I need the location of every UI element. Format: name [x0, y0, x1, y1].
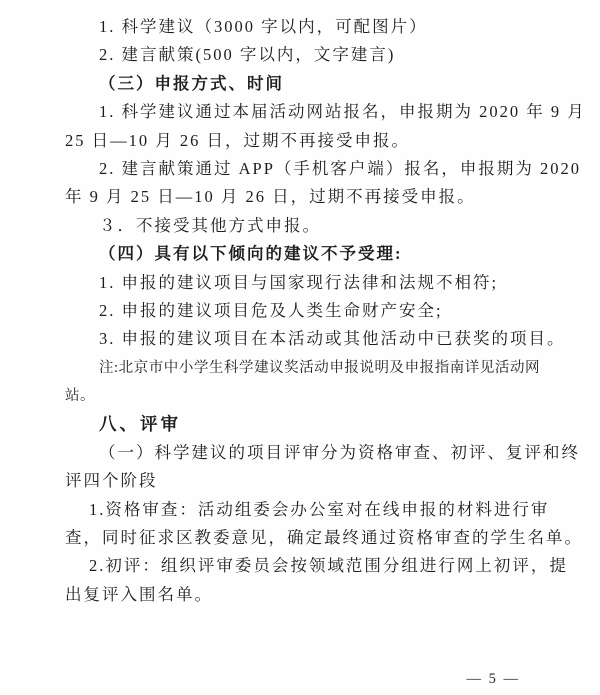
list-item: 1. 科学建议（3000 字以内，可配图片） — [65, 13, 540, 41]
list-item: 3. 申报的建议项目在本活动或其他活动中已获奖的项目。 — [65, 325, 540, 353]
paragraph-line: 出复评入围名单。 — [65, 581, 540, 609]
document-page: 1. 科学建议（3000 字以内，可配图片） 2. 建言献策(500 字以内，文… — [0, 0, 600, 695]
page-number: — 5 — — [467, 671, 521, 688]
list-item: 2. 建言献策(500 字以内，文字建言) — [65, 41, 540, 69]
paragraph-line: （一）科学建议的项目评审分为资格审查、初评、复评和终 — [65, 439, 540, 467]
list-item: ３．不接受其他方式申报。 — [65, 212, 540, 240]
paragraph-line: 2. 建言献策通过 APP（手机客户端）报名，申报期为 2020 — [65, 155, 540, 183]
paragraph-line: 评四个阶段 — [65, 467, 540, 495]
document-body: 1. 科学建议（3000 字以内，可配图片） 2. 建言献策(500 字以内，文… — [65, 13, 540, 609]
paragraph-line: 2.初评：组织评审委员会按领域范围分组进行网上初评，提 — [65, 552, 540, 580]
list-item: 1. 申报的建议项目与国家现行法律和法规不相符; — [65, 269, 540, 297]
section-heading-not-accepted: （四）具有以下倾向的建议不予受理: — [65, 240, 540, 268]
paragraph-line: 1. 科学建议通过本届活动网站报名，申报期为 2020 年 9 月 — [65, 98, 540, 126]
list-item: 2. 申报的建议项目危及人类生命财产安全; — [65, 297, 540, 325]
paragraph-line: 年 9 月 25 日—10 月 26 日，过期不再接受申报。 — [65, 183, 540, 211]
paragraph-line: 1.资格审查：活动组委会办公室对在线申报的材料进行审 — [65, 496, 540, 524]
note-line: 站。 — [65, 382, 540, 410]
section-heading-application-method: （三）申报方式、时间 — [65, 70, 540, 98]
paragraph-line: 查，同时征求区教委意见，确定最终通过资格审查的学生名单。 — [65, 524, 540, 552]
section-heading-review: 八、评审 — [65, 410, 540, 438]
note-line: 注:北京市中小学生科学建议奖活动申报说明及申报指南详见活动网 — [65, 354, 540, 382]
paragraph-line: 25 日—10 月 26 日，过期不再接受申报。 — [65, 127, 540, 155]
